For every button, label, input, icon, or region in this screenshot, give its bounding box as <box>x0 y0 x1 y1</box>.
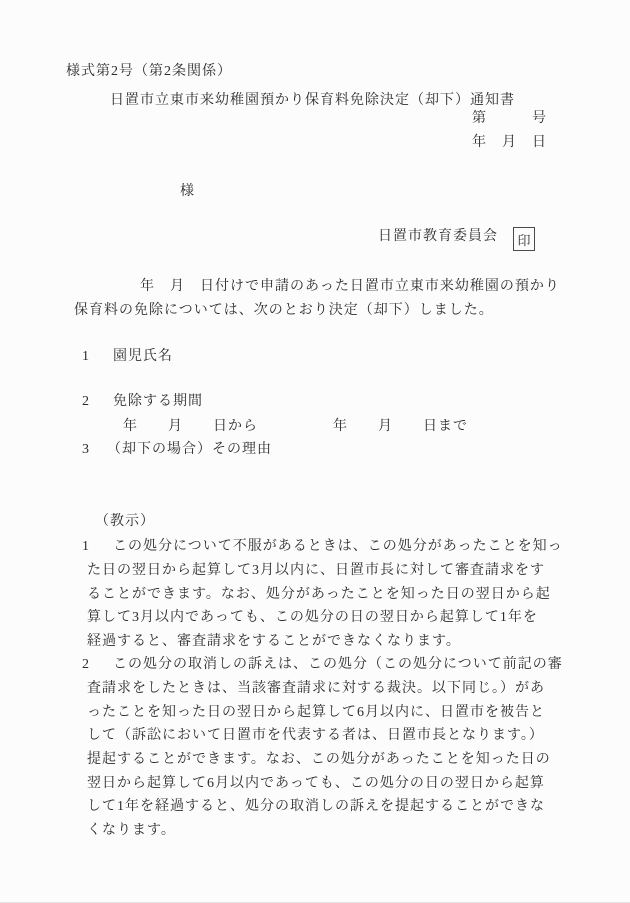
opening-paragraph-line: 保育料の免除については、次のとおり決定（却下）しました。 <box>74 303 494 318</box>
document-title: 日置市立東市来幼稚園預かり保育料免除決定（却下）通知書 <box>110 93 515 108</box>
document-number-line: 第 号 <box>472 111 547 126</box>
item-number: 2 <box>82 394 90 409</box>
notice-item-number: 1 <box>82 539 90 554</box>
notice-line: くなります。 <box>87 823 176 838</box>
item-label-rejection-reason: （却下の場合）その理由 <box>107 442 272 457</box>
notice-line: 査請求をしたときは、当該審査請求に対する裁決。以下同じ。）があ <box>87 681 545 696</box>
issuer-name: 日置市教育委員会 <box>378 229 498 244</box>
item-number: 1 <box>82 349 90 364</box>
notice-heading: （教示） <box>95 514 155 529</box>
notice-line: た日の翌日から起算して3月以内に、日置市長に対して審査請求をす <box>87 563 545 578</box>
addressee-honorific: 様 <box>180 184 195 199</box>
notice-line: して（訴訟において日置市を代表する者は、日置市長となります。） <box>87 728 544 743</box>
exemption-period-blank-line: 年 月 日から 年 月 日まで <box>123 419 468 434</box>
notice-line: この処分の取消しの訴えは、この処分（この処分について前記の審 <box>113 657 563 672</box>
notice-line: 翌日から起算して6月以内であっても、この処分の日の翌日から起算 <box>87 776 545 791</box>
notice-line: ることができます。なお、処分があったことを知った日の翌日から起 <box>87 587 551 602</box>
notice-line: 経過すると、審査請求をすることができなくなります。 <box>87 634 461 649</box>
notice-line: して1年を経過すると、処分の取消しの訴えを提起することができな <box>87 799 545 814</box>
opening-paragraph-line: 年 月 日付けで申請のあった日置市立東市来幼稚園の預かり <box>140 279 560 294</box>
item-label-child-name: 園児氏名 <box>113 349 173 364</box>
item-number: 3 <box>82 442 90 457</box>
issue-date-line: 年 月 日 <box>472 135 547 150</box>
notice-line: 提起することができます。なお、この処分があったことを知った日の <box>87 752 551 767</box>
document-page: 様式第2号（第2条関係） 日置市立東市来幼稚園預かり保育料免除決定（却下）通知書… <box>0 0 630 903</box>
notice-line: 算して3月以内であっても、この処分の日の翌日から起算して1年を <box>87 610 538 625</box>
form-label: 様式第2号（第2条関係） <box>66 64 232 79</box>
seal-stamp-box: 印 <box>513 227 535 251</box>
notice-item-number: 2 <box>82 657 90 672</box>
notice-line: ったことを知った日の翌日から起算して6月以内に、日置市を被告と <box>87 705 545 720</box>
notice-line: この処分について不服があるときは、この処分があったことを知っ <box>113 539 563 554</box>
item-label-exemption-period: 免除する期間 <box>113 394 203 409</box>
